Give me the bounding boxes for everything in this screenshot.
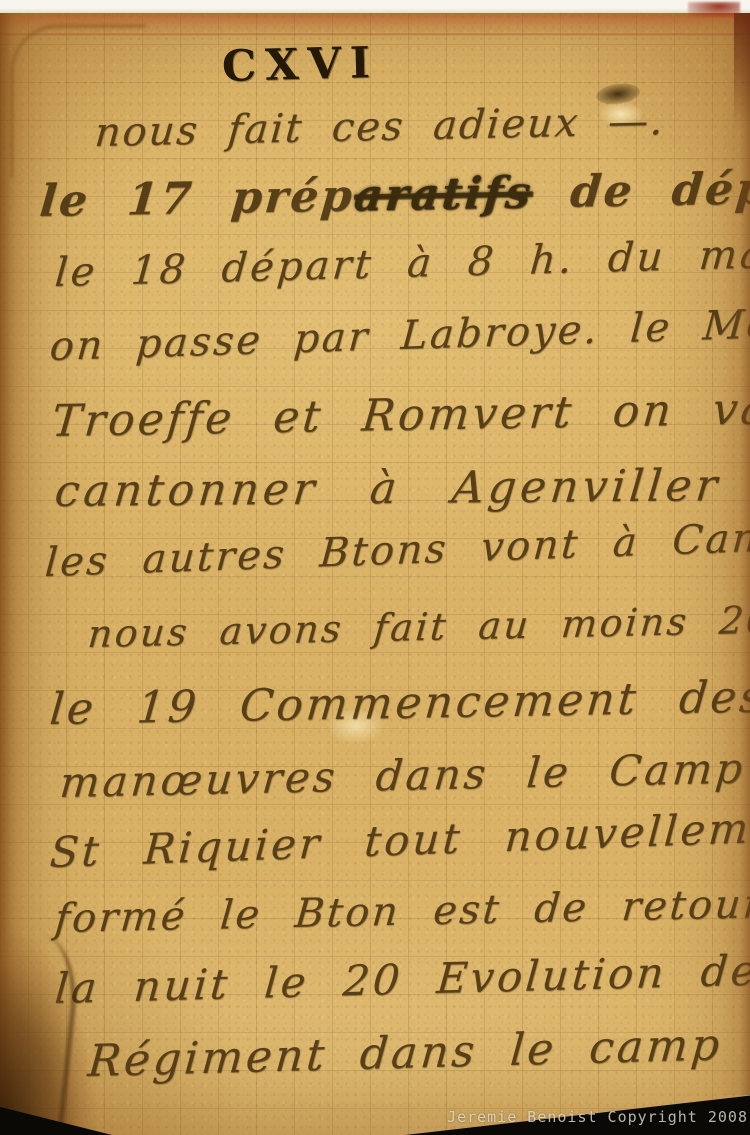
handwriting-text: formé le Bton est de retour à (53, 880, 750, 942)
handwriting-text: nous avons fait au moins 20 kl. (86, 596, 750, 656)
page-right-edge-dark (734, 0, 750, 130)
handwriting-line: le 19 Commencement des (48, 671, 750, 735)
binding-red-mark (688, 2, 740, 17)
diary-photo: CXVI nous fait ces adieux —. le 17 prépa… (0, 0, 750, 1135)
handwriting-line: on passe par Labroye. le Mouriez (48, 298, 750, 370)
handwriting-line: Régiment dans le camp (86, 1019, 724, 1087)
handwriting-text: nous fait ces adieux —. (93, 98, 667, 156)
handwriting-text: cantonner à Agenviller (53, 460, 724, 517)
handwriting-line: cantonner à Agenviller (53, 460, 724, 517)
handwriting-line: Troeffe et Romvert on va (50, 383, 750, 447)
handwriting-line: manœuvres dans le Camp de (58, 742, 750, 807)
handwriting-text: manœuvres dans le Camp de (58, 742, 750, 807)
struck-word: aratifs (352, 167, 535, 221)
handwriting-text: de départ (530, 162, 750, 219)
handwriting-text: le 18 départ à 8 h. du matin (53, 230, 750, 296)
handwriting-text: on passe par Labroye. le Mouriez (48, 298, 750, 370)
page-curl-streak (4, 932, 83, 1127)
page-number: CXVI (221, 38, 379, 92)
handwriting-line: les autres Btons vont à Canchy (43, 512, 750, 586)
handwriting-line: nous avons fait au moins 20 kl. (86, 596, 750, 656)
handwriting-text: Troeffe et Romvert on va (50, 383, 750, 447)
handwriting-line: la nuit le 20 Evolution de (53, 946, 750, 1014)
page-top-red-edge (0, 11, 750, 38)
handwriting-text: les autres Btons vont à Canchy (43, 512, 750, 586)
handwriting-text: la nuit le 20 Evolution de (53, 946, 750, 1014)
handwriting-text: St Riquier tout nouvellement (48, 801, 750, 877)
handwriting-text: le 17 prép (38, 170, 357, 227)
notebook-page: CXVI nous fait ces adieux —. le 17 prépa… (0, 0, 750, 1135)
page-left-edge-shadow (0, 0, 48, 1135)
handwriting-line: St Riquier tout nouvellement (48, 801, 750, 877)
handwriting-line: nous fait ces adieux —. (93, 98, 667, 156)
handwriting-text: le 19 Commencement des (48, 671, 750, 735)
handwriting-line: le 17 préparatifs de départ (38, 162, 750, 227)
scan-top-white-strip (0, 0, 750, 13)
handwriting-line: le 18 départ à 8 h. du matin (53, 230, 750, 296)
handwriting-text: Régiment dans le camp (86, 1019, 724, 1087)
copyright-watermark: Jeremie Benoist Copyright 2008 (447, 1108, 748, 1126)
handwriting-line: formé le Bton est de retour à (53, 880, 750, 942)
